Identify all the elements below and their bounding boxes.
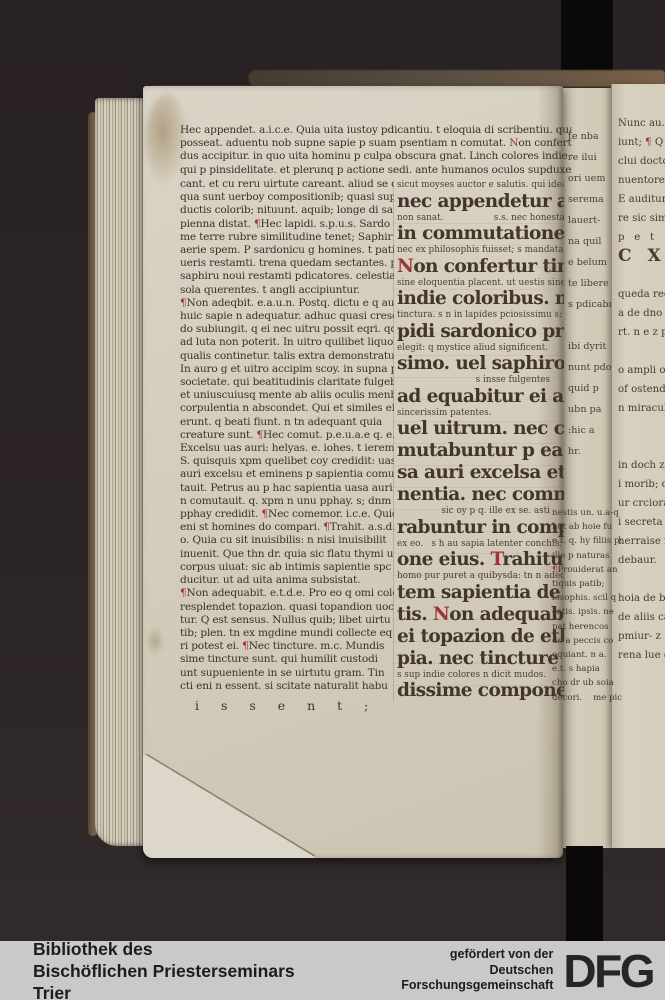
commentary-line: societate. qui beatitudinis claritate fu…	[180, 376, 394, 389]
library-name: Bibliothek des Bischöflichen Priestersem…	[33, 938, 335, 1000]
fragment-strip-inner-text: te nbare iluiori uemseremalauert-na quil…	[568, 126, 613, 462]
fragment-text-line: C XX	[618, 247, 665, 266]
lemma-line: non sanat. s.s. nec honestas	[397, 213, 564, 224]
commentary-line: n comutauit. q. xpm n unu pphay. s; dnm	[180, 495, 394, 508]
lemma-line: sa auri excelsa et em	[397, 462, 564, 484]
commentary-line: Excelsu uas auri: helyas. e. iohes. t ie…	[180, 442, 394, 455]
lemma-column: sicut moyses auctor e salutis. qui ideat…	[393, 180, 565, 702]
fragment-text-line: quid p	[568, 378, 613, 399]
fragment-text-line: a de dno n i	[618, 304, 665, 323]
lemma-line: tinctura. s n in lapides pciosissimu s; …	[397, 310, 564, 321]
commentary-line: pienna distat. ¶Hec lapidi. s.p.u.s. Sar…	[180, 218, 394, 231]
lemma-line: homo pur puret a quibysda: tn n adeqbit.	[397, 571, 564, 582]
lemma-line: ad equabitur ei aurum	[397, 386, 564, 408]
margin-gloss-line: equiant. n a.	[552, 648, 622, 662]
fragment-text-line: in doch z l	[618, 456, 665, 475]
commentary-line: corpus uiuat: sic ab intimis sapientie s…	[180, 561, 394, 574]
fragment-text-line: debaur.	[618, 551, 665, 570]
fragment-text-line	[618, 266, 665, 285]
lemma-line: rabuntur in compati	[397, 517, 564, 539]
commentary-line: sime tincture sunt. qui humilit custodi	[180, 653, 394, 666]
lemma-line: simo. uel saphiro. Non	[397, 353, 564, 375]
lemma-line: in commutatione ei	[397, 223, 564, 245]
margin-gloss-line: cho dr ub soia	[552, 676, 622, 690]
fragment-text-line: te libere	[568, 273, 613, 294]
left-commentary-column: cant. et cu reru uirtute careant. aliud …	[180, 178, 394, 693]
lemma-line: dissime componenti.	[397, 680, 564, 702]
commentary-line: me terre rubre similitudine tenet; Saphi…	[180, 231, 394, 244]
library-name-line1: Bibliothek des	[33, 938, 335, 960]
commentary-line: pphay credidit. ¶Nec comemor. i.c.e. Qui…	[180, 508, 394, 521]
fragment-text-line: re sic simul	[618, 209, 665, 228]
fragment-text-line: iunt; ¶ Q	[618, 133, 665, 152]
fragment-text-line: p e t	[618, 228, 665, 247]
catchword: i s s e n t ;	[195, 698, 377, 713]
lemma-line: ex eo. s h au sapia latenter conchis; ne…	[397, 539, 564, 550]
fragment-text-line: s pdicabr	[568, 294, 613, 315]
commentary-line: ¶Non adeqbit. e.a.u.n. Postq. dictu e q …	[180, 297, 394, 310]
fragment-text-line: lauert-	[568, 210, 613, 231]
fragment-text-line: re ilui	[568, 147, 613, 168]
commentary-line: ri potest ei. ¶Nec tincture. m.c. Mundis	[180, 640, 394, 653]
lemma-line: indie coloribus. nec la	[397, 288, 564, 310]
fragment-text-line	[568, 315, 613, 336]
fragment-text-line: na quil	[568, 231, 613, 252]
fragment-text-line: Nunc au.	[618, 114, 665, 133]
commentary-line: cti eni n essent. si scitate naturalit h…	[180, 680, 394, 693]
margin-gloss-line: ille p naturas	[552, 549, 622, 563]
fragment-text-line: ur crciora	[618, 494, 665, 513]
fragment-text-line	[618, 418, 665, 437]
dfg-logo: DFG	[563, 951, 653, 991]
margin-gloss-line: decori. me pice	[552, 691, 622, 705]
funding-credit: gefördert von der Deutschen Forschungsge…	[335, 947, 553, 994]
fragment-text-line: rena lue q	[618, 646, 665, 665]
commentary-line: creature sunt. ¶Hec comut. p.e.u.a.e q. …	[180, 429, 394, 442]
lemma-line: nec ex philosophis fuisset; s mandata di	[397, 245, 564, 256]
digitized-manuscript-scan: { "footer": { "library_line1": "Biblioth…	[0, 0, 665, 1000]
fragment-text-line: serema	[568, 189, 613, 210]
commentary-line: Hec appendet. a.i.c.e. Quia uita iustoy …	[180, 124, 572, 137]
fragment-text-line: hr.	[568, 441, 613, 462]
lemma-line: ei topazion de ethio	[397, 626, 564, 648]
commentary-line: qua sunt uerboy compositionib; quasi sup	[180, 191, 394, 204]
book-cradle-strap-bottom	[566, 846, 603, 942]
commentary-line: In auro g et uitro accipim scoy. in supn…	[180, 363, 394, 376]
lemma-line: sic oy p q. ille ex se. asti	[397, 506, 564, 517]
commentary-line: do subiungit. q ei nec uitru possit eqri…	[180, 323, 394, 336]
fragment-text-line: E auditur de	[618, 190, 665, 209]
fragment-text-line: o ampli opil	[618, 361, 665, 380]
fragment-text-line: ibi dyrit	[568, 336, 613, 357]
commentary-line: aerie spem. P sardonicu g homines. t pat…	[180, 244, 394, 257]
fragment-text-line: ubn pa	[568, 399, 613, 420]
commentary-line: tauit. Petrus au p hac sapientia uasa au…	[180, 482, 394, 495]
commentary-line: ¶Non adequabit. e.t.d.e. Pro eo q omi co…	[180, 587, 394, 600]
fragment-text-line: i morib; cop	[618, 475, 665, 494]
fragment-text-line: nuentores	[618, 171, 665, 190]
commentary-line: et uniuscuiusq mente ab aliis oculis men…	[180, 389, 394, 402]
fragment-text-line: i secreta pu	[618, 513, 665, 532]
library-name-line2: Bischöflichen Priesterseminars Trier	[33, 960, 335, 1000]
commentary-line: ad luta non poterit. In uitro quilibet l…	[180, 336, 394, 349]
lemma-line: pia. nec tincture mu	[397, 648, 564, 670]
commentary-line: unt supueniente in se uirtutu gram. Tin	[180, 667, 394, 680]
fragment-text-line: clui docto	[618, 152, 665, 171]
fragment-strip-outer-text: Nunc au.iunt; ¶ Qclui doctonuentoresE au…	[618, 114, 665, 665]
manuscript-page: Hec appendet. a.i.c.e. Quia uita iustoy …	[143, 86, 563, 858]
fragment-text-line: of ostendr-	[618, 380, 665, 399]
parchment-stain	[146, 626, 164, 656]
lemma-line: nec appendetur argentu	[397, 191, 564, 213]
facing-page-edge-inner: te nbare iluiori uemseremalauert-na quil…	[562, 88, 613, 848]
fragment-text-line: pmiur- z	[618, 627, 665, 646]
margin-gloss-line: catis. ipsis. ne	[552, 605, 622, 619]
margin-gloss-line: nestis un. u.a-q	[552, 506, 622, 520]
funding-line2: Deutschen Forschungsgemeinschaft	[335, 963, 553, 994]
commentary-line: auri excelsu et eminens p sapientia comu	[180, 468, 394, 481]
margin-gloss-line: pat herencos	[552, 620, 622, 634]
page-corner-fold	[143, 754, 315, 858]
fragment-text-line: te nba	[568, 126, 613, 147]
commentary-line: ducitur. ut ad uita anima subsistat.	[180, 574, 394, 587]
fragment-text-line: queda recta	[618, 285, 665, 304]
fragment-text-line: rt. n e z pm	[618, 323, 665, 342]
commentary-line: qualis continetur. talis extra demonstra…	[180, 350, 394, 363]
fragment-text-line: hoia de be	[618, 589, 665, 608]
caption-bar: Bibliothek des Bischöflichen Priestersem…	[0, 941, 665, 1000]
fragment-text-line: e belum	[568, 252, 613, 273]
margin-gloss-line: het ab hoie fu	[552, 520, 622, 534]
fragment-text-line: herraise z l	[618, 532, 665, 551]
lemma-line: sincerissim patentes.	[397, 408, 564, 419]
book-cradle-strap-top	[561, 0, 613, 78]
fragment-text-line	[618, 570, 665, 589]
top-text-block: Hec appendet. a.i.c.e. Quia uita iustoy …	[180, 124, 572, 177]
fragment-text-line: de aliis car	[618, 608, 665, 627]
commentary-line: huic sapie n adequatur. adhuc quasi cres…	[180, 310, 394, 323]
margin-gloss-line: ¶Prouiderat an	[552, 563, 622, 577]
lemma-line: nentia. nec commemo	[397, 484, 564, 506]
page-stack-edges	[95, 98, 147, 846]
fragment-text-line	[618, 437, 665, 456]
commentary-line: tib; plen. tn ex mgdine mundi collecte e…	[180, 627, 394, 640]
facing-page-edge-outer: Nunc au.iunt; ¶ Qclui doctonuentoresE au…	[611, 84, 665, 848]
commentary-line: erunt. q beati fiunt. n tn adequant quia	[180, 416, 394, 429]
commentary-line: posseat. aduentu nob supne sapie p suam …	[180, 137, 572, 150]
fragment-text-line: nunt pdo	[568, 357, 613, 378]
commentary-line: ductis colorib; nituunt. aquib; longe di…	[180, 204, 394, 217]
commentary-line: o. Quia cu sit inuisibilis: n nisi inuis…	[180, 534, 394, 547]
commentary-line: inuenit. Que thn dr. quia sic flatu thym…	[180, 548, 394, 561]
lemma-line: pidi sardonico preciosis	[397, 321, 564, 343]
lemma-line: sicut moyses auctor e salutis. qui ideat…	[397, 180, 564, 191]
commentary-line: qui p pinsidelitate. et plerunq p action…	[180, 164, 572, 177]
margin-gloss-line: e.t. s hapia	[552, 662, 622, 676]
margin-gloss-line: losophis. scil q	[552, 591, 622, 605]
margin-gloss-line: tiquis patib;	[552, 577, 622, 591]
lemma-line: mutabuntur p ea ua	[397, 440, 564, 462]
commentary-line: ueris restamti. trena quedam sectantes. …	[180, 257, 394, 270]
margin-gloss-line: e.t. q. hy filiis p:	[552, 534, 622, 548]
commentary-line: resplendet topazion. quasi topandion uoc…	[180, 601, 394, 614]
lemma-line: sine eloquentia placent. ut uestis sine	[397, 278, 564, 289]
fragment-text-line	[618, 342, 665, 361]
fragment-text-line: ori uem	[568, 168, 613, 189]
commentary-line: sola querentes. t angli accipiuntur.	[180, 284, 394, 297]
fragment-text-line: :hic a	[568, 420, 613, 441]
margin-gloss-block: nestis un. u.a-qhet ab hoie fue.t. q. hy…	[552, 506, 622, 705]
lemma-line: elegit: q mystice aliud significent.	[397, 343, 564, 354]
commentary-line: corpulentia n abscondet. Qui et similes …	[180, 402, 394, 415]
lemma-line: one eius. Trahitur au	[397, 549, 564, 571]
commentary-line: saphiru noui restamti pdicatores. celest…	[180, 270, 394, 283]
commentary-line: cant. et cu reru uirtute careant. aliud …	[180, 178, 394, 191]
lemma-line: s insse fulgentes	[397, 375, 564, 386]
commentary-line: S. quisquis xpm quelibet coy credidit: u…	[180, 455, 394, 468]
lemma-line: tem sapientia de occul	[397, 582, 564, 604]
margin-gloss-line: do a peccis co	[552, 634, 622, 648]
fragment-text-line: n miracul	[618, 399, 665, 418]
commentary-line: eni st homines do compari. ¶Trahit. a.s.…	[180, 521, 394, 534]
lemma-line: Non confertur tincti	[397, 256, 564, 278]
lemma-line: s sup indie colores n dicit mudos.	[397, 670, 564, 681]
commentary-line: dus accipitur. in quo uita hominu p culp…	[180, 150, 572, 163]
lemma-line: uel uitrum. nec com	[397, 418, 564, 440]
commentary-line: tur. Q est sensus. Nullus quib; libet ui…	[180, 614, 394, 627]
lemma-line: tis. Non adequabitur	[397, 604, 564, 626]
funding-line1: gefördert von der	[335, 947, 553, 963]
